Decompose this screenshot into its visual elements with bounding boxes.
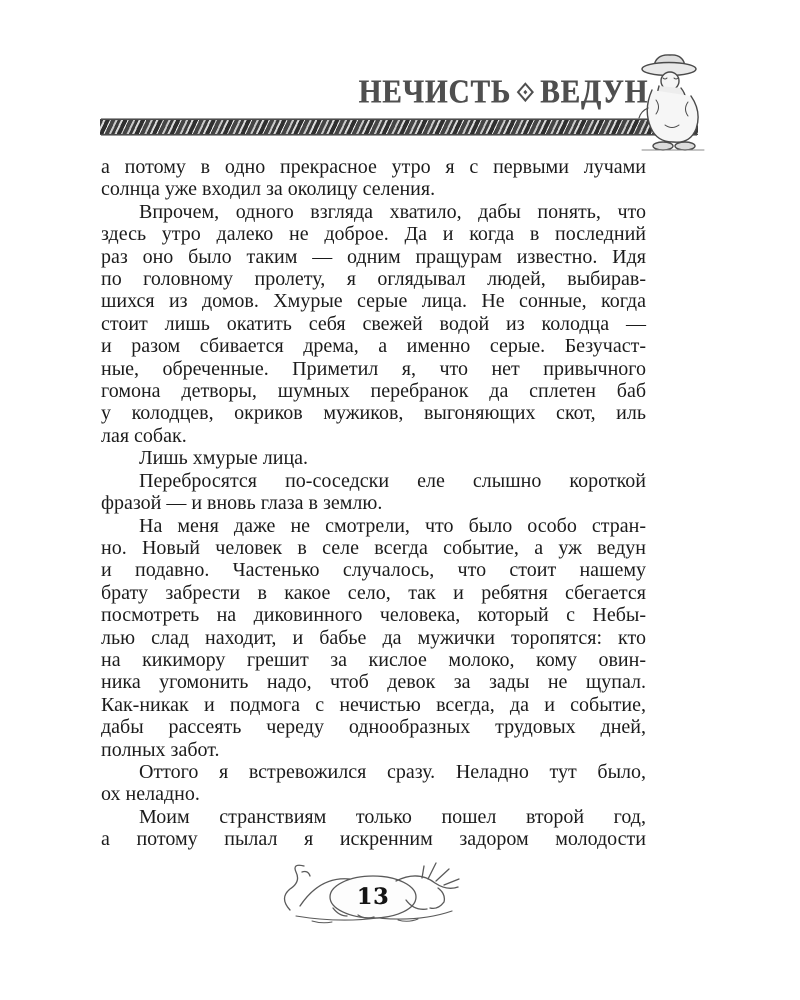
text-line: у колодцев, окриков мужиков, выгоняющих …: [101, 402, 646, 424]
page-number: 13: [357, 884, 390, 910]
text-line: полных забот.: [101, 739, 646, 761]
text-line: но. Новый человек в селе всегда событие,…: [101, 537, 646, 559]
text-line: посмотреть на диковинного человека, кото…: [101, 604, 646, 626]
running-header: НЕЧИСТЬ ВЕДУН: [358, 73, 648, 110]
text-line: а потому в одно прекрасное утро я с перв…: [101, 156, 646, 178]
text-line: а потому пылал я искренним задором молод…: [101, 828, 646, 850]
text-line: здесь утро далеко не доброе. Да и когда …: [101, 223, 646, 245]
text-line: шихся из домов. Хмурые серые лица. Не со…: [101, 290, 646, 312]
text-line: ника угомонить надо, чтоб девок за зады …: [101, 671, 646, 693]
text-line: ох неладно.: [101, 783, 646, 805]
text-line: солнца уже входил за околицу селения.: [101, 178, 646, 200]
text-line: брату забрести в какое село, так и ребят…: [101, 582, 646, 604]
book-page: НЕЧИСТЬ ВЕДУН а потому в одно прекрасное…: [0, 0, 800, 1000]
text-line: по головному пролету, я оглядывал людей,…: [101, 268, 646, 290]
book-title: ВЕДУН: [540, 73, 648, 110]
text-line: лая собак.: [101, 425, 646, 447]
text-line: Оттого я встревожился сразу. Неладно тут…: [101, 761, 646, 783]
text-line: фразой — и вновь глаза в землю.: [101, 492, 646, 514]
text-line: На меня даже не смотрели, что было особо…: [101, 515, 646, 537]
ornamental-border-band: [100, 119, 698, 135]
series-title: НЕЧИСТЬ: [358, 73, 510, 110]
text-line: стоит лишь окатить себя свежей водой из …: [101, 313, 646, 335]
text-line: дабы рассеять череду однообразных трудов…: [101, 716, 646, 738]
text-line: лью слад находит, и бабье да мужички тор…: [101, 627, 646, 649]
goblin-mascot-illustration: [636, 50, 710, 152]
diamond-ornament-icon: [517, 82, 534, 102]
text-line: Впрочем, одного взгляда хватило, дабы по…: [101, 201, 646, 223]
text-line: Как-никак и подмога с нечистью всегда, д…: [101, 694, 646, 716]
text-line: гомона детворы, шумных перебранок да спл…: [101, 380, 646, 402]
text-line: ные, обреченные. Приметил я, что нет при…: [101, 358, 646, 380]
text-line: и подавно. Частенько случалось, что стои…: [101, 559, 646, 581]
body-text: а потому в одно прекрасное утро я с перв…: [101, 156, 646, 851]
footer-vignette: 13: [278, 858, 468, 928]
text-line: и разом сбивается дрема, а именно серые.…: [101, 335, 646, 357]
text-line: на кикимору грешит за кислое молоко, ком…: [101, 649, 646, 671]
text-line: раз оно было таким — одним пращурам изве…: [101, 246, 646, 268]
text-line: Лишь хмурые лица.: [101, 447, 646, 469]
text-line: Моим странствиям только пошел второй год…: [101, 806, 646, 828]
text-line: Перебросятся по-соседски еле слышно коро…: [101, 470, 646, 492]
